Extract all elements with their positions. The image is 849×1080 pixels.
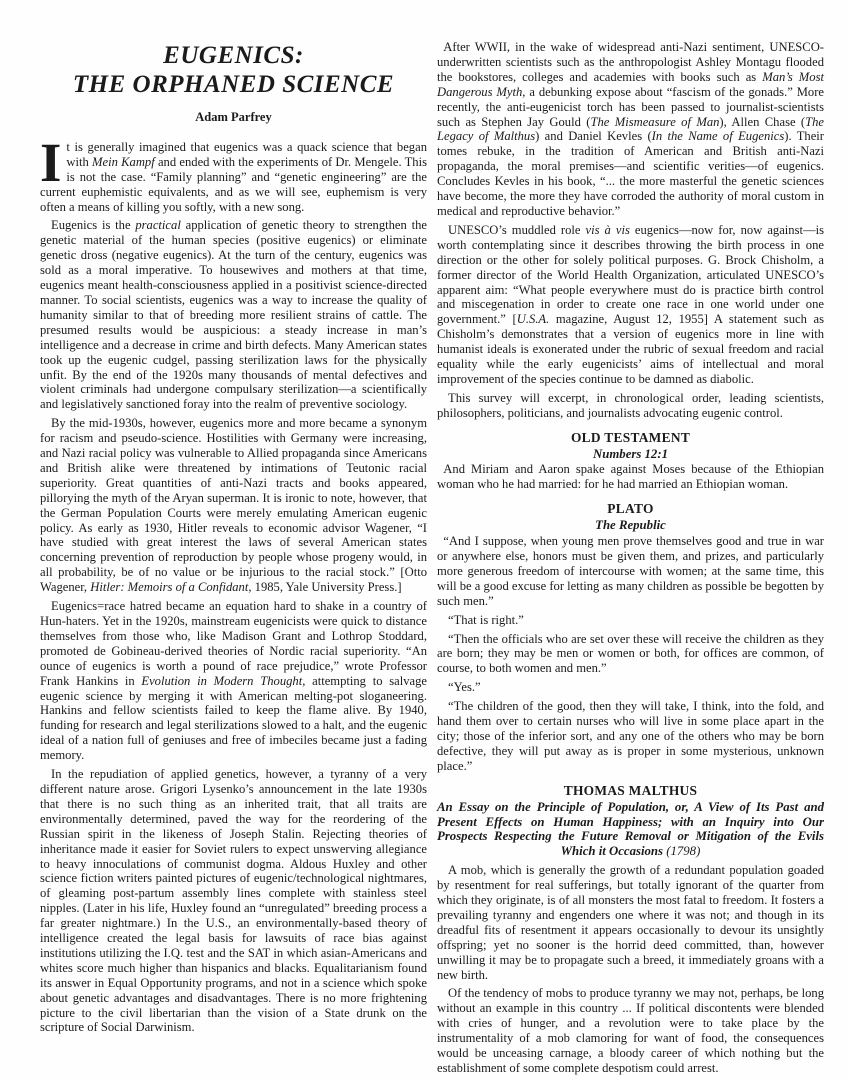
paragraph: “And I suppose, when young men prove the… — [437, 534, 824, 609]
right-column: After WWII, in the wake of widespread an… — [437, 40, 824, 1070]
paragraph: Eugenics=race hatred became an equation … — [40, 599, 427, 763]
left-column: EUGENICS:THE ORPHANED SCIENCE Adam Parfr… — [40, 40, 427, 1070]
paragraph: A mob, which is generally the growth of … — [437, 863, 824, 982]
section-subheading: The Republic — [437, 518, 824, 533]
right-column-body: After WWII, in the wake of widespread an… — [437, 40, 824, 1076]
paragraph: This survey will excerpt, in chronologic… — [437, 391, 824, 421]
title-line-2: THE ORPHANED SCIENCE — [73, 71, 394, 98]
article-author: Adam Parfrey — [40, 110, 427, 125]
page-title: EUGENICS:THE ORPHANED SCIENCE — [48, 41, 419, 99]
paragraph: “Then the officials who are set over the… — [437, 632, 824, 677]
section-heading: OLD TESTAMENT — [437, 431, 824, 446]
paragraph: “Yes.” — [437, 680, 824, 695]
document-page: EUGENICS:THE ORPHANED SCIENCE Adam Parfr… — [0, 0, 849, 1080]
paragraph: Eugenics is the practical application of… — [40, 218, 427, 412]
paragraph: After WWII, in the wake of widespread an… — [437, 40, 824, 219]
title-line-1: EUGENICS: — [163, 42, 304, 69]
paragraph-dropcap: It is generally imagined that eugenics w… — [40, 140, 427, 215]
section-heading: PLATO — [437, 502, 824, 517]
drop-cap: I — [40, 142, 61, 183]
left-column-body: It is generally imagined that eugenics w… — [40, 140, 427, 1035]
paragraph: By the mid-1930s, however, eugenics more… — [40, 416, 427, 595]
paragraph: UNESCO’s muddled role vis à vis eugenics… — [437, 223, 824, 387]
work-title-heading: An Essay on the Principle of Population,… — [437, 800, 824, 860]
paragraph: In the repudiation of applied genetics, … — [40, 767, 427, 1035]
paragraph: Of the tendency of mobs to produce tyran… — [437, 986, 824, 1075]
paragraph: “That is right.” — [437, 613, 824, 628]
paragraph: “The children of the good, then they wil… — [437, 699, 824, 774]
section-heading: THOMAS MALTHUS — [437, 784, 824, 799]
paragraph: And Miriam and Aaron spake against Moses… — [437, 462, 824, 492]
section-subheading: Numbers 12:1 — [437, 447, 824, 462]
